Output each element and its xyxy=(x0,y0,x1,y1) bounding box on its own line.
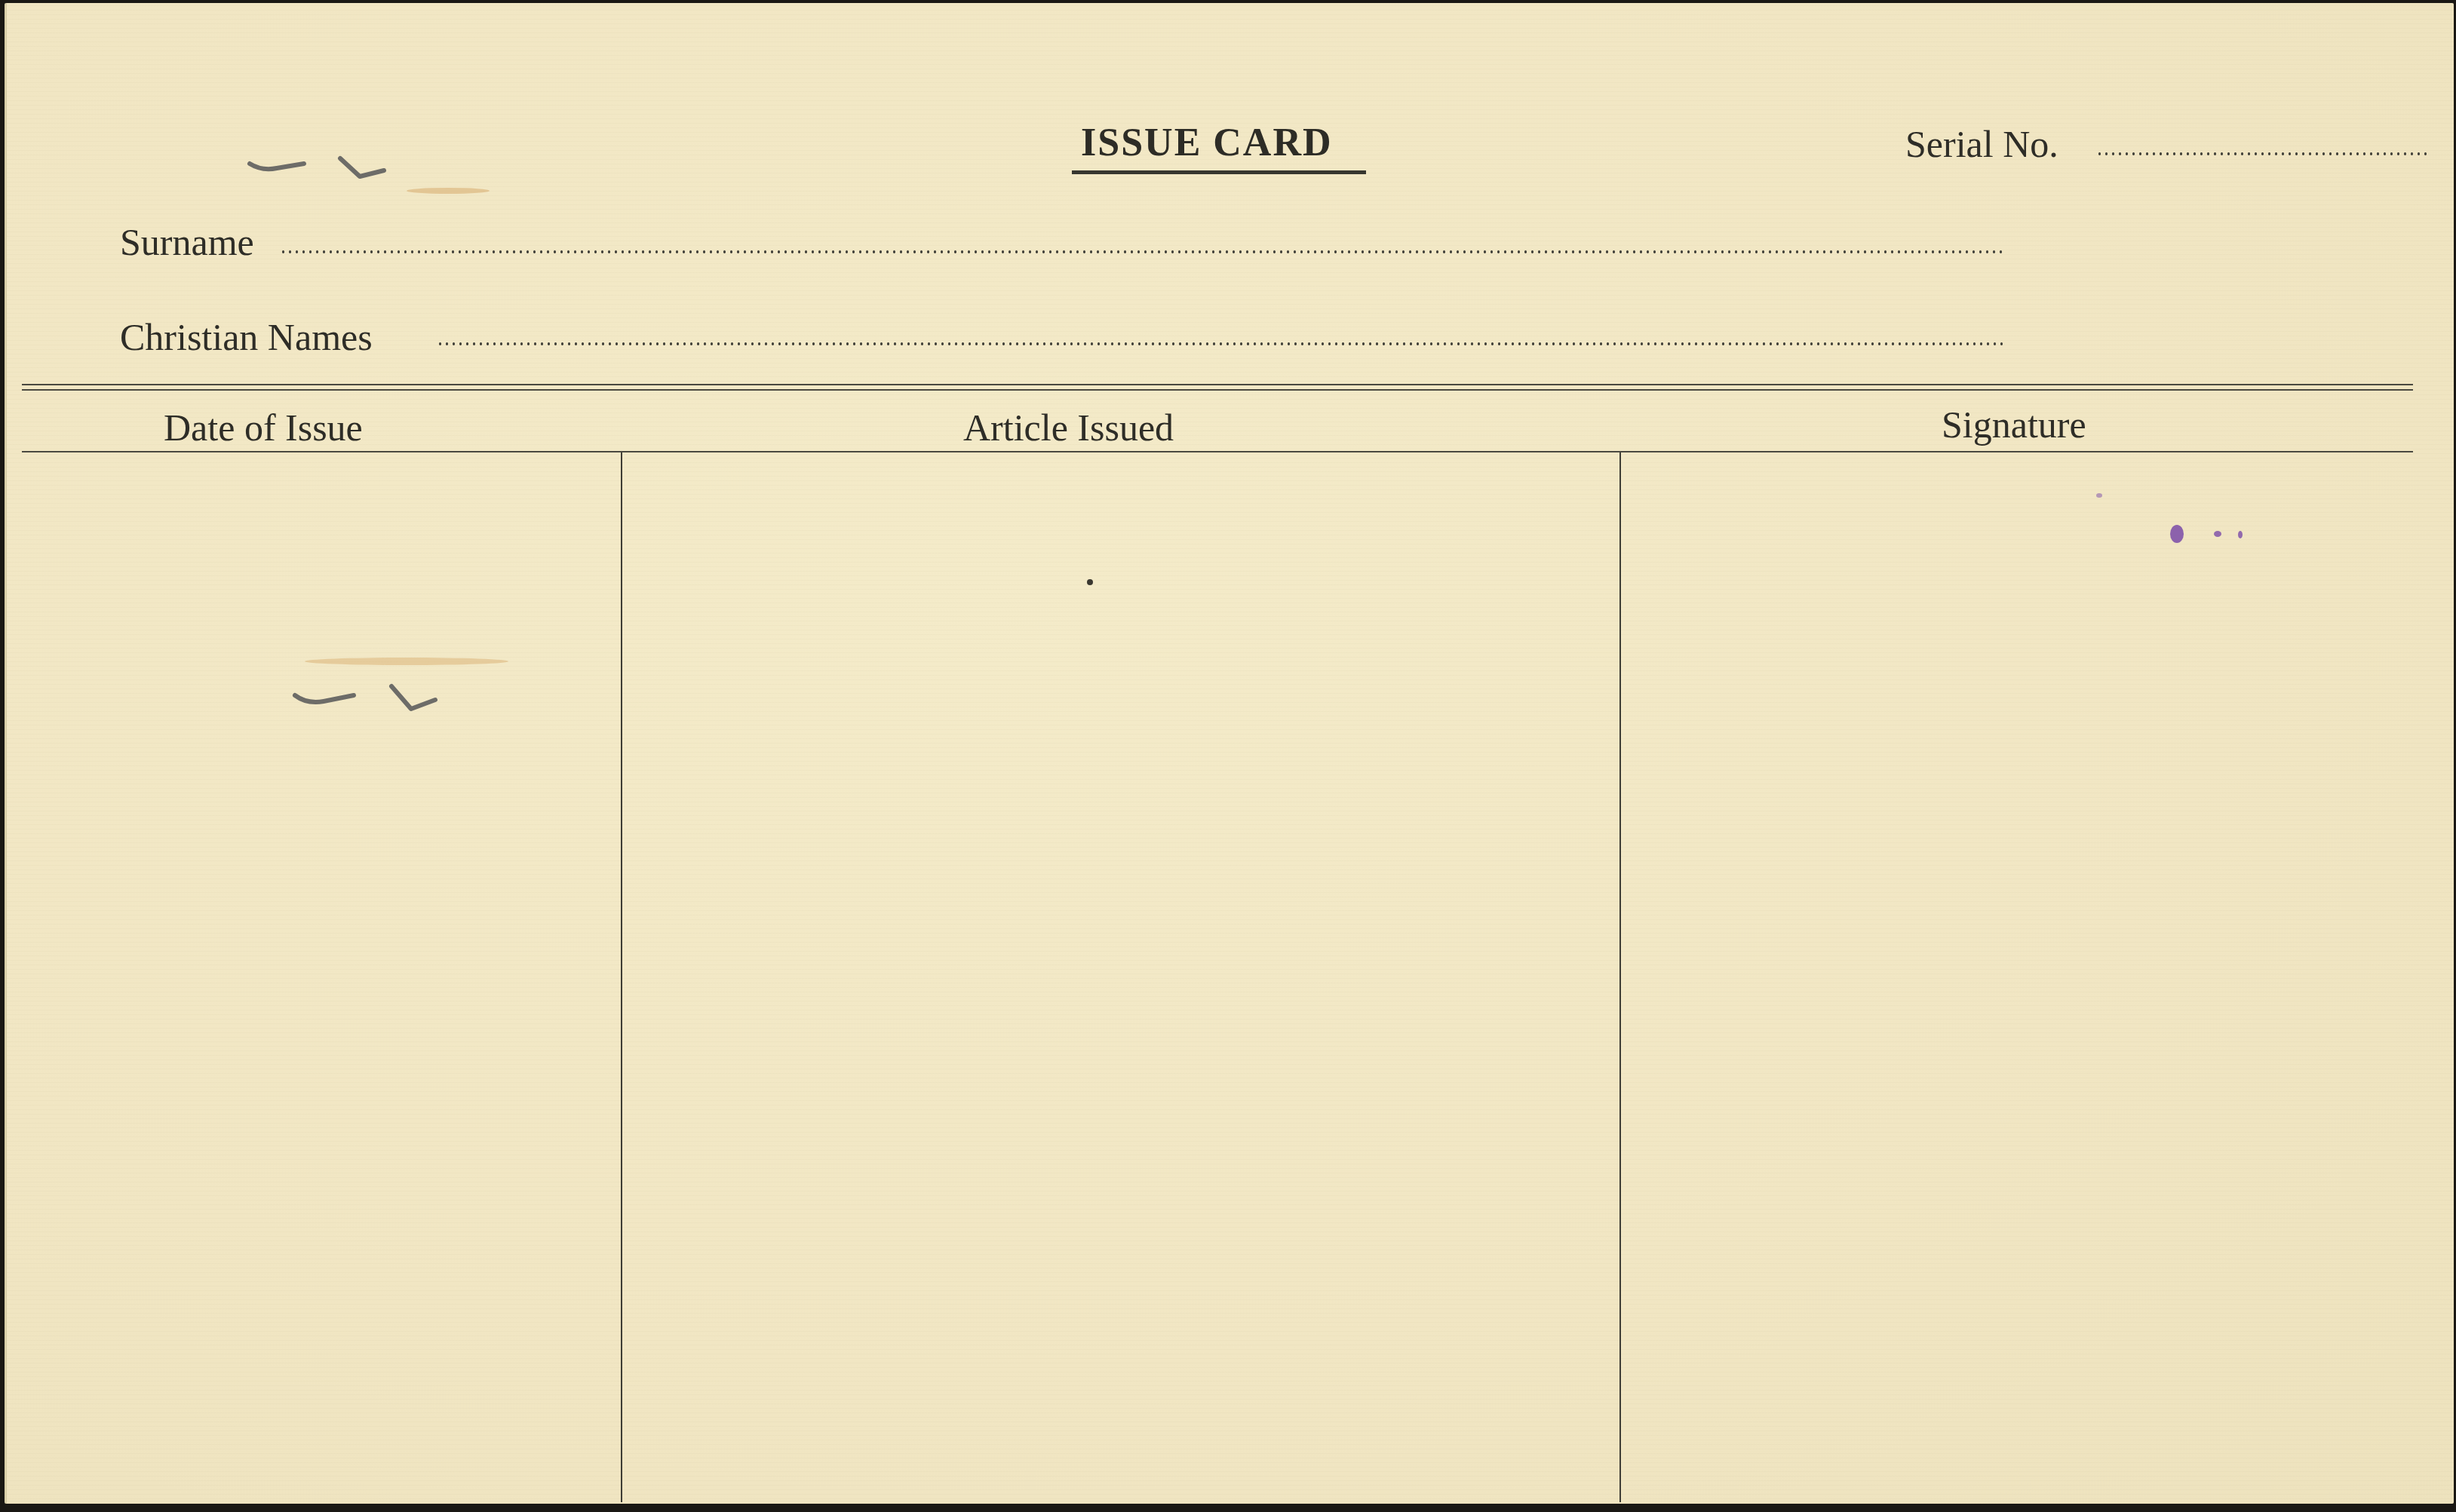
serial-label: Serial No. xyxy=(1905,125,2058,163)
column-divider-2 xyxy=(1619,452,1621,1502)
issue-card: ISSUE CARD Serial No. Surname Christian … xyxy=(5,3,2454,1504)
date-of-issue-cell[interactable] xyxy=(22,454,619,1502)
column-divider-1 xyxy=(621,452,622,1502)
surname-label: Surname xyxy=(120,223,254,261)
ink-speck xyxy=(1087,579,1093,585)
staple-icon xyxy=(247,158,322,180)
double-rule-bottom xyxy=(22,389,2413,391)
double-rule-top xyxy=(22,384,2413,385)
rust-stain xyxy=(305,658,508,665)
stamp-ink-mark xyxy=(2238,531,2243,538)
article-issued-cell[interactable] xyxy=(624,454,1618,1502)
staple-icon xyxy=(337,155,398,186)
column-header-signature: Signature xyxy=(1942,406,2086,443)
column-header-date: Date of Issue xyxy=(164,409,363,446)
christian-names-field[interactable] xyxy=(437,342,2003,345)
stamp-ink-mark xyxy=(2170,525,2184,543)
rust-stain xyxy=(407,188,490,194)
signature-cell[interactable] xyxy=(1622,454,2413,1502)
stamp-ink-mark xyxy=(2096,493,2102,498)
serial-field[interactable] xyxy=(2096,152,2428,155)
christian-names-label: Christian Names xyxy=(120,318,373,356)
staple-icon xyxy=(292,689,367,712)
stamp-ink-mark xyxy=(2214,531,2221,537)
header-bottom-rule xyxy=(22,451,2413,452)
staple-icon xyxy=(388,683,449,716)
column-header-article: Article Issued xyxy=(963,409,1174,446)
title-underline xyxy=(1072,170,1366,174)
surname-field[interactable] xyxy=(280,250,2003,253)
page-title: ISSUE CARD xyxy=(1081,124,1333,163)
